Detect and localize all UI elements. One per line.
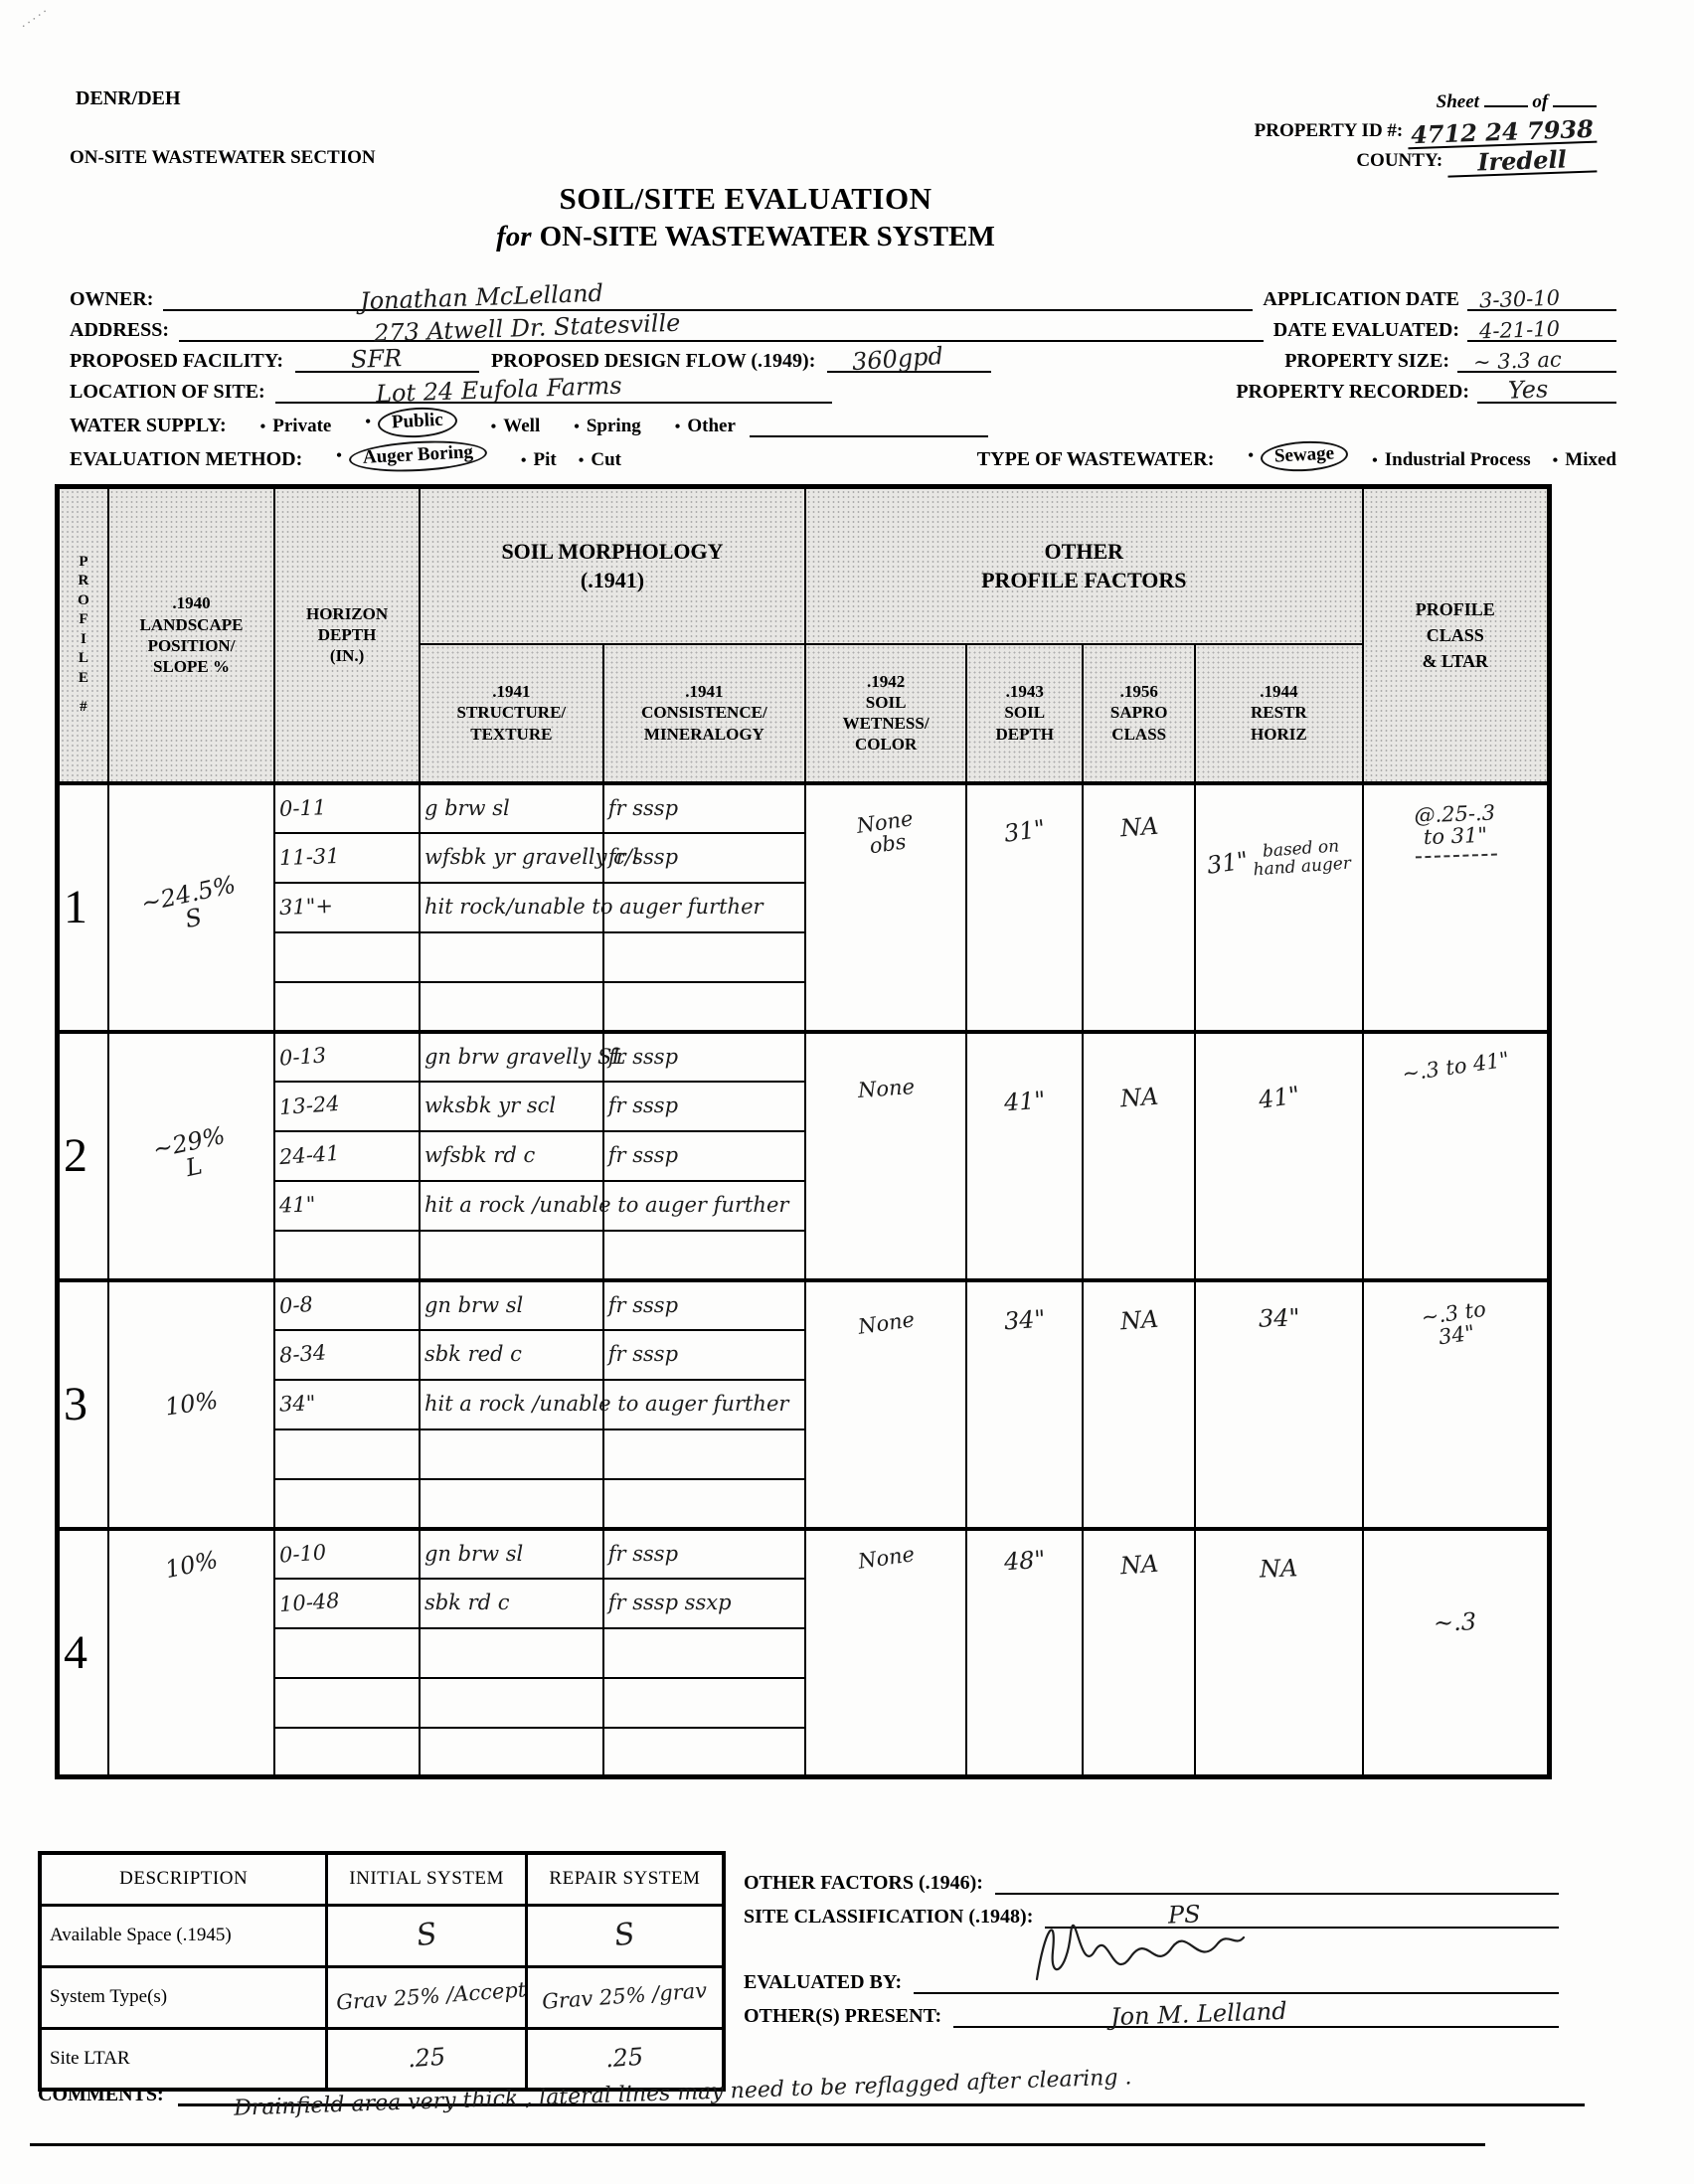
evaluation-method-row: EVALUATION METHOD: •Auger Boring •Pit •C… [70, 437, 1616, 471]
depth-value: 0-10 [278, 1541, 327, 1566]
system-types-initial-value: Grav 25% /Accept [336, 1978, 527, 2013]
sheet-total-blank [1553, 91, 1597, 107]
profile-3-number: 3 [64, 1378, 87, 1430]
class-header-text: PROFILE CLASS & LTAR [1368, 596, 1543, 674]
structure-cell: gn brw sl [420, 1529, 603, 1579]
property-size-field: ~ 3.3 ac [1457, 371, 1616, 373]
comments-label: COMMENTS: [38, 2084, 164, 2106]
structure-header-text: .1941 STRUCTURE/ TEXTURE [424, 681, 598, 745]
design-flow-label: PROPOSED DESIGN FLOW (.1949): [491, 350, 815, 373]
date-evaluated-label: DATE EVALUATED: [1273, 319, 1459, 342]
profile-1-soil-depth: 31" [1002, 816, 1047, 847]
profile-number-cell: 2 [58, 1032, 108, 1280]
structure-value: wksbk yr scl [424, 1093, 556, 1117]
bullet-icon: • [491, 419, 497, 435]
date-evaluated-field: 4-21-10 [1467, 340, 1616, 342]
method-option-cut: •Cut [579, 449, 621, 471]
depth-value: 41" [279, 1193, 316, 1216]
design-flow-value: 360gpd [851, 344, 943, 376]
profile-3-wetness: None [856, 1308, 915, 1338]
site-ltar-row: Site LTAR .25 .25 [40, 2028, 724, 2090]
consistence-cell [603, 932, 805, 982]
structure-value: gn brw sl [424, 1293, 523, 1317]
restr-header-text: .1944 RESTR HORIZ [1200, 681, 1357, 745]
consistence-cell [603, 1479, 805, 1529]
structure-value: wfsbk rd c [424, 1143, 535, 1167]
form-title-line1: SOIL/SITE EVALUATION [298, 181, 1193, 217]
water-public-text: Public [377, 406, 457, 439]
wetness-cell: None [805, 1280, 966, 1529]
water-other-field [750, 435, 988, 437]
profile-4-row-1: 4 10% 0-10 gn brw sl fr sssp None 48" NA… [58, 1529, 1550, 1579]
ww-mixed-text: Mixed [1565, 449, 1616, 470]
description-header: DESCRIPTION [40, 1853, 327, 1905]
profile-3-class-ltar: ~.3 to 34" [1420, 1297, 1490, 1350]
site-ltar-label: Site LTAR [40, 2028, 327, 2090]
horizon-depth-cell [274, 982, 420, 1032]
method-option-auger-selected: •Auger Boring [336, 441, 487, 471]
form-title: SOIL/SITE EVALUATION forON-SITE WASTEWAT… [298, 181, 1193, 253]
sapro-header-text: .1956 SAPRO CLASS [1088, 681, 1190, 745]
restr-cell: 31" based on hand auger [1195, 783, 1362, 1032]
bullet-icon: • [675, 419, 681, 435]
consistence-cell: fr sssp ssxp [603, 1579, 805, 1628]
method-cut-text: Cut [591, 449, 621, 470]
property-size-value: ~ 3.3 ac [1473, 348, 1562, 373]
consistence-cell [603, 1231, 805, 1280]
profile-4-restr: NA [1260, 1556, 1298, 1583]
wastewater-type-label: TYPE OF WASTEWATER: [977, 448, 1215, 471]
owner-label: OWNER: [70, 288, 153, 311]
profile-1-row-1: 1 ~24.5% S 0-11 g brw sl fr sssp None ob… [58, 783, 1550, 833]
structure-cell: wfsbk yr gravelly c/l [420, 833, 603, 883]
site-classification-label: SITE CLASSIFICATION (.1948): [744, 1906, 1033, 1929]
horizon-depth-cell: 11-31 [274, 833, 420, 883]
profile-2-sapro: NA [1119, 1084, 1159, 1111]
profile-1-number: 1 [64, 881, 87, 933]
other-factors-label: OTHER FACTORS (.1946): [744, 1872, 983, 1895]
system-summary-table: DESCRIPTION INITIAL SYSTEM REPAIR SYSTEM… [38, 1851, 726, 2092]
horizon-depth-cell: 10-48 [274, 1579, 420, 1628]
profile-1-sapro: NA [1119, 813, 1159, 841]
depth-header-text: .1943 SOIL DEPTH [971, 681, 1078, 745]
structure-value: gn brw sl [424, 1542, 523, 1566]
other-factors-field [995, 1893, 1559, 1895]
owner-row: OWNER: Jonathan McLelland APPLICATION DA… [70, 280, 1616, 311]
wetness-cell: None [805, 1032, 966, 1280]
consistence-cell [603, 1678, 805, 1728]
structure-cell: wksbk yr scl [420, 1082, 603, 1131]
structure-cell: hit a rock /unable to auger further [420, 1181, 603, 1231]
depth-value: 8-34 [278, 1341, 327, 1366]
date-evaluated-value: 4-21-10 [1479, 318, 1561, 343]
table-header-row-1: P R O F I L E # .1940 LANDSCAPE POSITION… [58, 487, 1550, 644]
landscape-cell: ~24.5% S [108, 783, 274, 1032]
ww-option-mixed: •Mixed [1553, 449, 1616, 471]
depth-value: 13-24 [278, 1092, 340, 1118]
ww-sewage-text: Sewage [1260, 439, 1349, 474]
location-field: Lot 24 Eufola Farms [275, 402, 832, 404]
others-present-field: Jon M. Lelland [953, 2026, 1559, 2028]
other-profile-factors-header: OTHER PROFILE FACTORS [805, 487, 1363, 644]
profile-4-class-ltar: ~.3 [1434, 1609, 1477, 1636]
method-pit-text: Pit [534, 449, 557, 470]
system-types-row: System Type(s) Grav 25% /Accept Grav 25%… [40, 1966, 724, 2028]
system-types-label: System Type(s) [40, 1966, 327, 2028]
other-factors-row: OTHER FACTORS (.1946): [744, 1861, 1559, 1895]
system-types-initial: Grav 25% /Accept [327, 1966, 527, 2028]
proposed-facility-value: SFR [350, 346, 402, 373]
scan-artifact-dots: ..... [16, 0, 52, 32]
sapro-cell: NA [1083, 1032, 1195, 1280]
profile-4-sapro: NA [1119, 1551, 1159, 1579]
evaluated-by-field [914, 1992, 1559, 1994]
profile-number-cell: 1 [58, 783, 108, 1032]
consistence-cell [603, 1728, 805, 1777]
water-supply-row: WATER SUPPLY: •Private •Public •Well •Sp… [70, 404, 1616, 437]
bullet-icon: • [1248, 447, 1254, 464]
profile-number-header: P R O F I L E # [58, 487, 108, 783]
address-field: 273 Atwell Dr. Statesville [179, 340, 1264, 342]
wetness-header-text: .1942 SOIL WETNESS/ COLOR [810, 671, 961, 756]
structure-cell: g brw sl [420, 783, 603, 833]
structure-value: sbk rd c [424, 1591, 510, 1614]
other-factors-header-text: OTHER PROFILE FACTORS [810, 537, 1358, 595]
site-ltar-initial: .25 [327, 2028, 527, 2090]
method-auger-text: Auger Boring [348, 437, 487, 474]
property-id-label: PROPERTY ID #: [1255, 120, 1404, 141]
structure-texture-header: .1941 STRUCTURE/ TEXTURE [420, 644, 603, 783]
consistence-cell: fr sssp [603, 1082, 805, 1131]
horizon-depth-cell [274, 932, 420, 982]
wetness-cell: None obs [805, 783, 966, 1032]
consistence-value: fr sssp [608, 1093, 678, 1117]
ww-industrial-text: Industrial Process [1385, 449, 1531, 470]
consistence-cell: fr sssp [603, 1529, 805, 1579]
horizon-depth-cell: 0-10 [274, 1529, 420, 1579]
depth-value: 0-13 [278, 1044, 327, 1069]
consistence-cell [603, 982, 805, 1032]
sheet-of-label: of [1532, 91, 1548, 112]
application-date-label: APPLICATION DATE [1263, 288, 1459, 311]
structure-cell: hit a rock /unable to auger further [420, 1380, 603, 1429]
address-value: 273 Atwell Dr. Statesville [374, 310, 681, 346]
sheet-line: Sheet of [1255, 87, 1597, 116]
sapro-class-header: .1956 SAPRO CLASS [1083, 644, 1195, 783]
others-present-value: Jon M. Lelland [1110, 1999, 1287, 2030]
restr-cell: 34" [1195, 1280, 1362, 1529]
profile-1-wetness: None obs [855, 807, 918, 859]
horizon-depth-cell [274, 1728, 420, 1777]
soil-depth-header: .1943 SOIL DEPTH [966, 644, 1083, 783]
property-size-label: PROPERTY SIZE: [1284, 350, 1449, 373]
profile-1-class-ltar: @.25-.3 to 31" [1414, 801, 1496, 858]
bullet-icon: • [574, 419, 580, 435]
profile-2-number: 2 [64, 1129, 87, 1182]
ww-option-sewage-selected: •Sewage [1248, 441, 1348, 471]
class-ltar-cell: ~.3 [1363, 1529, 1550, 1777]
structure-value: sbk red c [424, 1342, 522, 1366]
site-ltar-initial-value: .25 [407, 2044, 446, 2072]
proposed-facility-label: PROPOSED FACILITY: [70, 350, 283, 373]
landscape-cell: ~29% L [108, 1032, 274, 1280]
profile-4-soil-depth: 48" [1003, 1547, 1046, 1575]
horizon-depth-cell [274, 1231, 420, 1280]
water-private-text: Private [272, 416, 331, 436]
horizon-depth-cell: 31"+ [274, 883, 420, 932]
water-supply-label: WATER SUPPLY: [70, 415, 227, 437]
location-label: LOCATION OF SITE: [70, 381, 265, 404]
design-flow-field: 360gpd [827, 371, 991, 373]
profile-4-wetness: None [856, 1543, 915, 1573]
structure-cell: wfsbk rd c [420, 1131, 603, 1181]
class-ltar-cell: @.25-.3 to 31" [1363, 783, 1550, 1032]
closing-block: OTHER FACTORS (.1946): SITE CLASSIFICATI… [744, 1861, 1559, 2028]
consistence-value: fr sssp [608, 845, 678, 869]
profile-3-restr: 34" [1258, 1305, 1299, 1332]
structure-cell [420, 1231, 603, 1280]
soil-morphology-header-text: SOIL MORPHOLOGY (.1941) [424, 537, 800, 595]
structure-cell [420, 1728, 603, 1777]
county-line: COUNTY: Iredell [1255, 146, 1597, 175]
structure-value: gn brw gravelly SL [424, 1045, 625, 1069]
title-for-word: for [496, 221, 531, 252]
depth-value: 31"+ [279, 895, 334, 919]
consistence-cell: fr sssp [603, 833, 805, 883]
soil-depth-cell: 34" [966, 1280, 1083, 1529]
consistence-cell: fr sssp [603, 783, 805, 833]
signature-scribble-icon [1023, 1904, 1252, 1999]
profile-class-ltar-header: PROFILE CLASS & LTAR [1363, 487, 1550, 783]
consistence-value: fr sssp ssxp [608, 1591, 732, 1614]
consistence-header-text: .1941 CONSISTENCE/ MINERALOGY [608, 681, 800, 745]
available-space-row: Available Space (.1945) S S [40, 1905, 724, 1966]
application-date-value: 3-30-10 [1479, 287, 1561, 312]
consistence-value: fr sssp [608, 1542, 678, 1566]
profile-3-row-1: 3 10% 0-8 gn brw sl fr sssp None 34" NA … [58, 1280, 1550, 1330]
comments-blank-line [30, 2143, 1485, 2146]
available-space-repair: S [526, 1905, 724, 1966]
profile-3-sapro: NA [1119, 1306, 1159, 1334]
structure-cell [420, 1479, 603, 1529]
sheet-label: Sheet [1437, 91, 1479, 112]
profile-2-class-ltar: ~.3 to 41" [1401, 1048, 1510, 1085]
method-option-pit: •Pit [521, 449, 557, 471]
consistence-cell: fr sssp [603, 1280, 805, 1330]
consistence-value: fr sssp [608, 1342, 678, 1366]
agency-name: DENR/DEH [76, 87, 181, 110]
system-types-repair: Grav 25% /grav [526, 1966, 724, 2028]
landscape-header: .1940 LANDSCAPE POSITION/ SLOPE % [108, 487, 274, 783]
property-id-value: 4712 24 7938 [1408, 115, 1598, 149]
structure-cell [420, 1628, 603, 1678]
scanned-soil-site-evaluation-form: { "page": { "agency": "DENR/DEH", "secti… [0, 0, 1694, 2184]
system-types-repair-value: Grav 25% /grav [542, 1979, 708, 2013]
consistence-value: fr sssp [608, 796, 678, 820]
water-option-spring: •Spring [574, 416, 641, 437]
soil-depth-cell: 48" [966, 1529, 1083, 1777]
horizon-depth-cell: 41" [274, 1181, 420, 1231]
bullet-icon: • [260, 419, 266, 435]
horizon-depth-cell: 0-11 [274, 783, 420, 833]
evaluated-by-label: EVALUATED BY: [744, 1971, 902, 1994]
soil-morphology-header: SOIL MORPHOLOGY (.1941) [420, 487, 805, 644]
facility-row: PROPOSED FACILITY: SFR PROPOSED DESIGN F… [70, 342, 1616, 373]
profile-4-landscape: 10% [163, 1547, 220, 1583]
consistence-cell [603, 1628, 805, 1678]
water-option-public-selected: •Public [365, 408, 456, 437]
water-spring-text: Spring [587, 416, 641, 436]
structure-cell [420, 1678, 603, 1728]
class-ltar-cell: ~.3 to 41" [1363, 1032, 1550, 1280]
horizon-depth-cell: 34" [274, 1380, 420, 1429]
depth-value: 24-41 [278, 1142, 340, 1168]
soil-depth-cell: 41" [966, 1032, 1083, 1280]
restr-horiz-header: .1944 RESTR HORIZ [1195, 644, 1362, 783]
profile-4-number: 4 [64, 1626, 87, 1679]
proposed-facility-field: SFR [295, 371, 479, 373]
structure-value: g brw sl [424, 796, 510, 820]
site-ltar-repair-value: .25 [605, 2044, 645, 2072]
bullet-icon: • [336, 447, 342, 464]
landscape-cell: 10% [108, 1529, 274, 1777]
profile-3-soil-depth: 34" [1003, 1306, 1046, 1334]
bullet-icon: • [521, 452, 527, 469]
profile-1-landscape: ~24.5% S [139, 873, 244, 941]
consistence-value: fr sssp [608, 1143, 678, 1167]
structure-cell: gn brw gravelly SL [420, 1032, 603, 1082]
restr-cell: 41" [1195, 1032, 1362, 1280]
others-present-label: OTHER(S) PRESENT: [744, 2005, 941, 2028]
soil-depth-cell: 31" [966, 783, 1083, 1032]
property-id-line: PROPERTY ID #: 4712 24 7938 [1255, 116, 1597, 145]
consistence-value: fr sssp [608, 1293, 678, 1317]
address-row: ADDRESS: 273 Atwell Dr. Statesville DATE… [70, 311, 1616, 342]
profile-number-cell: 3 [58, 1280, 108, 1529]
depth-value: 0-11 [279, 796, 327, 820]
structure-value: wfsbk yr gravelly c/l [424, 845, 639, 869]
horizon-depth-cell [274, 1429, 420, 1479]
horizon-depth-cell: 0-8 [274, 1280, 420, 1330]
county-label: COUNTY: [1356, 150, 1442, 171]
consistence-cell: fr sssp [603, 1330, 805, 1380]
water-option-private: •Private [260, 416, 332, 437]
bullet-icon: • [365, 414, 371, 430]
consistence-cell: fr sssp [603, 1131, 805, 1181]
available-space-label: Available Space (.1945) [40, 1905, 327, 1966]
available-space-initial: S [327, 1905, 527, 1966]
form-title-line2: forON-SITE WASTEWATER SYSTEM [298, 221, 1193, 253]
sheet-number-blank [1484, 91, 1528, 107]
horizon-header-text: HORIZON DEPTH (IN.) [279, 603, 415, 667]
owner-field: Jonathan McLelland [163, 309, 1253, 311]
water-option-other: •Other [675, 416, 736, 437]
horizon-depth-header: HORIZON DEPTH (IN.) [274, 487, 420, 783]
horizon-depth-cell: 8-34 [274, 1330, 420, 1380]
evaluation-method-label: EVALUATION METHOD: [70, 448, 302, 471]
horizon-depth-cell: 24-41 [274, 1131, 420, 1181]
structure-note: hit a rock /unable to auger further [424, 1193, 788, 1217]
class-ltar-cell: ~.3 to 34" [1363, 1280, 1550, 1529]
available-space-repair-value: S [612, 1919, 637, 1952]
structure-note: hit a rock /unable to auger further [424, 1392, 788, 1416]
depth-value: 0-8 [278, 1292, 313, 1316]
ww-option-industrial: •Industrial Process [1372, 449, 1531, 471]
repair-system-header: REPAIR SYSTEM [526, 1853, 724, 1905]
structure-cell: sbk red c [420, 1330, 603, 1380]
owner-value: Jonathan McLelland [359, 281, 603, 315]
comments-field: Drainfield area very thick , lateral lin… [178, 2103, 1585, 2106]
bullet-icon: • [1553, 452, 1559, 469]
structure-cell [420, 1429, 603, 1479]
soil-profile-table: P R O F I L E # .1940 LANDSCAPE POSITION… [55, 484, 1552, 1779]
sapro-cell: NA [1083, 783, 1195, 1032]
depth-value: 34" [279, 1392, 316, 1415]
structure-cell: hit rock/unable to auger further [420, 883, 603, 932]
bullet-icon: • [1372, 452, 1378, 469]
landscape-header-text: .1940 LANDSCAPE POSITION/ SLOPE % [113, 592, 269, 677]
header-fields: OWNER: Jonathan McLelland APPLICATION DA… [70, 280, 1616, 471]
structure-note: hit rock/unable to auger further [424, 895, 763, 919]
profile-1-restr: 31" [1206, 849, 1251, 880]
available-space-initial-value: S [415, 1919, 439, 1952]
horizon-depth-cell [274, 1479, 420, 1529]
wetness-cell: None [805, 1529, 966, 1777]
structure-cell [420, 932, 603, 982]
water-option-well: •Well [491, 416, 541, 437]
profile-2-row-1: 2 ~29% L 0-13 gn brw gravelly SL fr sssp… [58, 1032, 1550, 1082]
property-recorded-label: PROPERTY RECORDED: [1236, 381, 1469, 404]
landscape-cell: 10% [108, 1280, 274, 1529]
section-name: ON-SITE WASTEWATER SECTION [70, 147, 376, 169]
profile-2-wetness: None [857, 1076, 915, 1101]
profile-hash: # [64, 698, 103, 718]
horizon-depth-cell: 0-13 [274, 1032, 420, 1082]
property-recorded-field: Yes [1477, 402, 1616, 404]
water-other-text: Other [687, 416, 736, 436]
bullet-icon: • [579, 452, 585, 469]
horizon-depth-cell: 13-24 [274, 1082, 420, 1131]
location-row: LOCATION OF SITE: Lot 24 Eufola Farms PR… [70, 373, 1616, 404]
structure-cell: sbk rd c [420, 1579, 603, 1628]
application-date-field: 3-30-10 [1467, 309, 1616, 311]
address-label: ADDRESS: [70, 319, 169, 342]
structure-cell [420, 982, 603, 1032]
profile-2-landscape: ~29% L [150, 1123, 232, 1188]
evaluated-by-row: EVALUATED BY: [744, 1960, 1559, 1994]
consistence-value: fr sssp [608, 1045, 678, 1069]
horizon-depth-cell [274, 1628, 420, 1678]
consistence-cell: fr sssp [603, 1032, 805, 1082]
location-value: Lot 24 Eufola Farms [375, 373, 621, 407]
property-recorded-value: Yes [1507, 377, 1548, 404]
consistence-cell [603, 1429, 805, 1479]
comments-row: COMMENTS: Drainfield area very thick , l… [38, 2084, 1585, 2106]
profile-2-soil-depth: 41" [1003, 1088, 1046, 1115]
water-well-text: Well [503, 416, 540, 436]
profile-3-landscape: 10% [163, 1388, 219, 1420]
title-line2-text: ON-SITE WASTEWATER SYSTEM [540, 221, 995, 252]
structure-cell: gn brw sl [420, 1280, 603, 1330]
id-block: Sheet of PROPERTY ID #: 4712 24 7938 COU… [1255, 87, 1597, 175]
county-value: Iredell [1447, 146, 1598, 178]
consistence-mineralogy-header: .1941 CONSISTENCE/ MINERALOGY [603, 644, 805, 783]
depth-value: 10-48 [278, 1590, 340, 1615]
profile-1-restr-note: based on hand auger [1252, 837, 1352, 879]
sapro-cell: NA [1083, 1280, 1195, 1529]
profile-letters: P R O F I L E [64, 553, 103, 689]
systems-header-row: DESCRIPTION INITIAL SYSTEM REPAIR SYSTEM [40, 1853, 724, 1905]
